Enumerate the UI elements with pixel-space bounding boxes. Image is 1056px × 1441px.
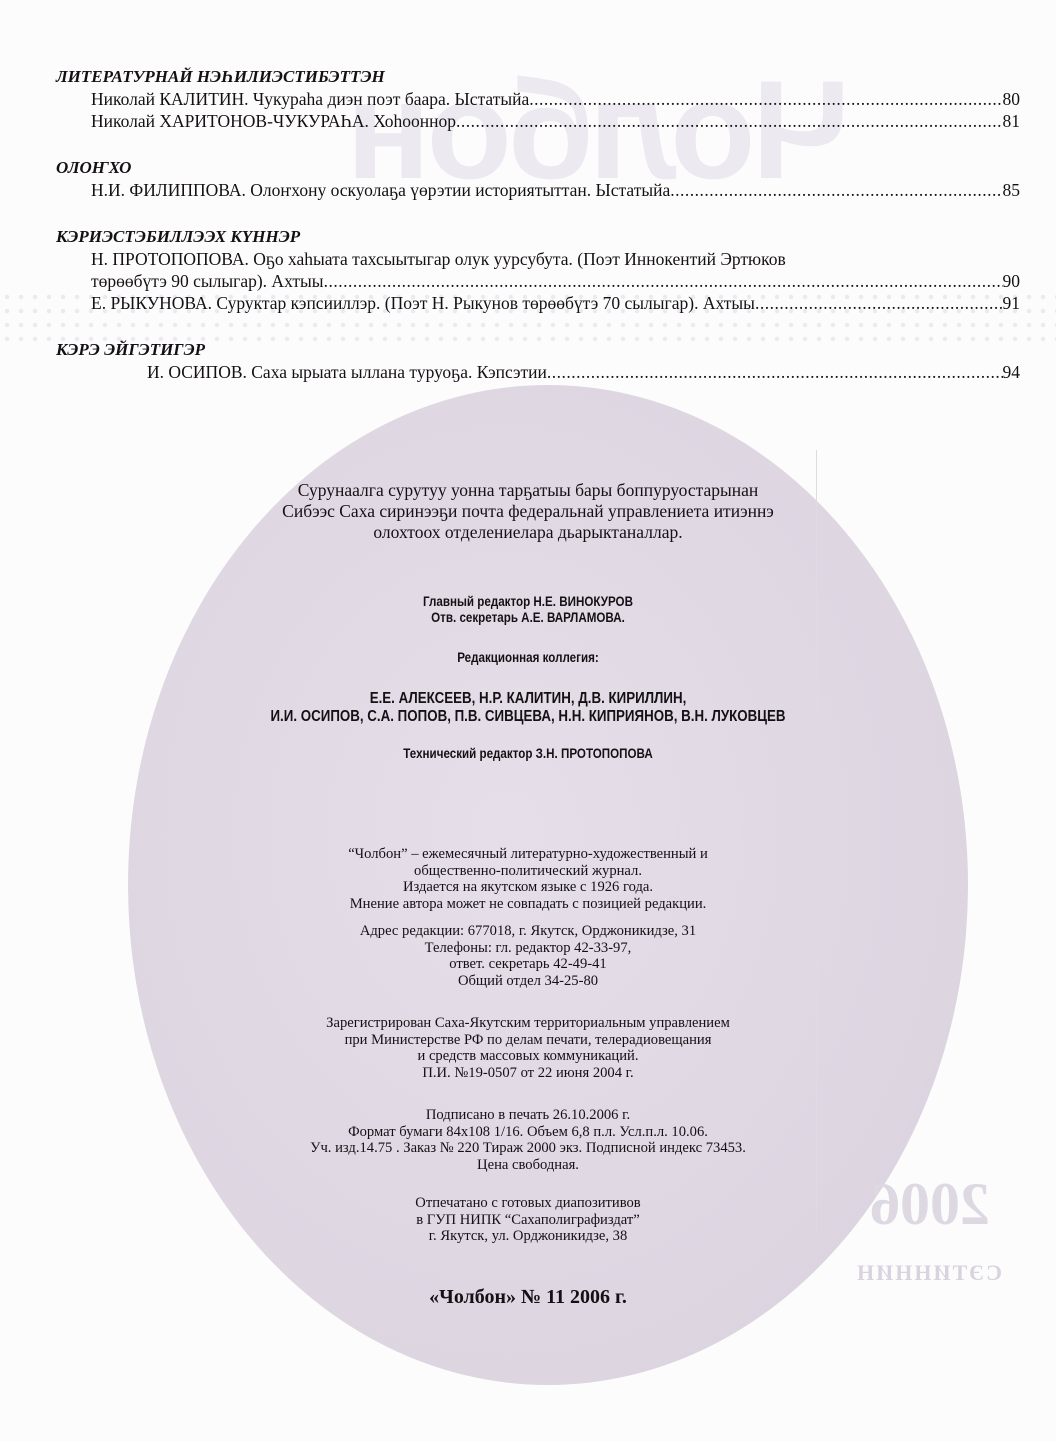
entry-title-line2: төрөөбүтэ 90 сылыгар). Ахтыы <box>91 270 324 292</box>
toc-entry[interactable]: Николай КАЛИТИН. Чукураһа диэн поэт баар… <box>56 88 1020 110</box>
subscription-line: олохтоох отделениелара дьарыктаналлар. <box>128 522 928 543</box>
editorial-board-line: И.И. ОСИПОВ, С.А. ПОПОВ, П.В. СИВЦЕВА, Н… <box>184 708 872 726</box>
subscription-line: Сурунаалга сурутуу уонна тарҕатыы бары б… <box>128 480 928 501</box>
registration-line: и средств массовых коммуникаций. <box>128 1048 928 1065</box>
entry-title: Николай КАЛИТИН. Чукураһа диэн поэт баар… <box>91 88 529 110</box>
toc-entry[interactable]: Н. ПРОТОПОПОВА. Оҕо хаһыата тахсыытыгар … <box>56 248 1020 292</box>
subscription-note: Сурунаалга сурутуу уонна тарҕатыы бары б… <box>128 480 928 543</box>
page-number: 91 <box>1003 292 1021 314</box>
registration-line: Зарегистрирован Саха-Якутским территориа… <box>128 1015 928 1032</box>
toc-section: КЭРЭ ЭЙГЭТИГЭР И. ОСИПОВ. Саха ырыата ыл… <box>56 339 1020 383</box>
leader-dots <box>670 179 1002 201</box>
entry-title: Н.И. ФИЛИППОВА. Олоҥхону оскуолаҕа үөрэт… <box>91 179 670 201</box>
print-info: Подписано в печать 26.10.2006 г. Формат … <box>128 1107 928 1173</box>
leader-dots <box>547 361 1003 383</box>
registration-line: П.И. №19-0507 от 22 июня 2004 г. <box>128 1065 928 1082</box>
about-line: Издается на якутском языке с 1926 года. <box>128 879 928 896</box>
editor-in-chief: Главный редактор Н.Е. ВИНОКУРОВ <box>184 594 872 610</box>
page-number: 85 <box>1003 179 1021 201</box>
editorial-board-line: Е.Е. АЛЕКСЕЕВ, Н.Р. КАЛИТИН, Д.В. КИРИЛЛ… <box>184 690 872 708</box>
page-number: 80 <box>1003 88 1021 110</box>
phone-line: Телефоны: гл. редактор 42-33-97, <box>128 940 928 957</box>
printer-line: Отпечатано с готовых диапозитивов <box>128 1195 928 1212</box>
table-of-contents: ЛИТЕРАТУРНАЙ НЭҺИЛИЭСТИБЭТТЭН Николай КА… <box>56 66 1020 408</box>
issue-label: «Чолбон» № 11 2006 г. <box>128 1286 928 1309</box>
entry-title-line1: Н. ПРОТОПОПОВА. Оҕо хаһыата тахсыытыгар … <box>91 248 1020 270</box>
about-line: Мнение автора может не совпадать с позиц… <box>128 896 928 913</box>
technical-editor: Технический редактор З.Н. ПРОТОПОПОВА <box>184 746 872 762</box>
about-line: “Чолбон” – ежемесячный литературно-худож… <box>128 846 928 863</box>
section-title: КЭРИЭСТЭБИЛЛЭЭХ КҮННЭР <box>56 226 1020 248</box>
phone-line: ответ. секретарь 42-49-41 <box>128 956 928 973</box>
print-info-line: Подписано в печать 26.10.2006 г. <box>128 1107 928 1124</box>
address-line: Адрес редакции: 677018, г. Якутск, Орджо… <box>128 923 928 940</box>
entry-title: Е. РЫКУНОВА. Суруктар кэпсииллэр. (Поэт … <box>91 292 755 314</box>
publication-info: “Чолбон” – ежемесячный литературно-худож… <box>128 846 928 1256</box>
entry-title: Николай ХАРИТОНОВ-ЧУКУРАҺА. Хоһооннор <box>91 110 456 132</box>
editorial-board-title: Редакционная коллегия: <box>184 650 872 666</box>
leader-dots <box>755 292 1003 314</box>
show-through-word: СЭТИННИН <box>855 1260 1002 1286</box>
printer-line: г. Якутск, ул. Орджоникидзе, 38 <box>128 1228 928 1245</box>
section-title: КЭРЭ ЭЙГЭТИГЭР <box>56 339 1020 361</box>
editorial-staff: Главный редактор Н.Е. ВИНОКУРОВ Отв. сек… <box>184 594 872 762</box>
toc-entry[interactable]: Николай ХАРИТОНОВ-ЧУКУРАҺА. Хоһооннор 81 <box>56 110 1020 132</box>
about-line: общественно-политический журнал. <box>128 863 928 880</box>
registration-line: при Министерстве РФ по делам печати, тел… <box>128 1032 928 1049</box>
printer-line: в ГУП НИПК “Сахаполиграфиздат” <box>128 1212 928 1229</box>
registration: Зарегистрирован Саха-Якутским территориа… <box>128 1015 928 1081</box>
executive-secretary: Отв. секретарь А.Е. ВАРЛАМОВА. <box>184 610 872 626</box>
leader-dots <box>324 270 1003 292</box>
about-journal: “Чолбон” – ежемесячный литературно-худож… <box>128 846 928 912</box>
toc-entry[interactable]: Е. РЫКУНОВА. Суруктар кэпсииллэр. (Поэт … <box>56 292 1020 314</box>
print-info-line: Цена свободная. <box>128 1157 928 1174</box>
toc-section: ОЛОҤХО Н.И. ФИЛИППОВА. Олоҥхону оскуолаҕ… <box>56 157 1020 201</box>
toc-section: КЭРИЭСТЭБИЛЛЭЭХ КҮННЭР Н. ПРОТОПОПОВА. О… <box>56 226 1020 314</box>
section-title: ЛИТЕРАТУРНАЙ НЭҺИЛИЭСТИБЭТТЭН <box>56 66 1020 88</box>
entry-title: И. ОСИПОВ. Саха ырыата ыллана туруоҕа. К… <box>147 361 547 383</box>
leader-dots <box>529 88 1002 110</box>
leader-dots <box>456 110 1002 132</box>
toc-section: ЛИТЕРАТУРНАЙ НЭҺИЛИЭСТИБЭТТЭН Николай КА… <box>56 66 1020 132</box>
print-info-line: Уч. изд.14.75 . Заказ № 220 Тираж 2000 э… <box>128 1140 928 1157</box>
page-number: 90 <box>1003 270 1021 292</box>
page-number: 94 <box>1003 361 1021 383</box>
page-number: 81 <box>1003 110 1021 132</box>
phone-line: Общий отдел 34-25-80 <box>128 973 928 990</box>
print-info-line: Формат бумаги 84х108 1/16. Объем 6,8 п.л… <box>128 1124 928 1141</box>
toc-entry[interactable]: Н.И. ФИЛИППОВА. Олоҥхону оскуолаҕа үөрэт… <box>56 179 1020 201</box>
toc-entry[interactable]: И. ОСИПОВ. Саха ырыата ыллана туруоҕа. К… <box>56 361 1020 383</box>
section-title: ОЛОҤХО <box>56 157 1020 179</box>
printer-info: Отпечатано с готовых диапозитивов в ГУП … <box>128 1195 928 1245</box>
contacts: Адрес редакции: 677018, г. Якутск, Орджо… <box>128 923 928 989</box>
subscription-line: Сибээс Саха сиринээҕи почта федеральнай … <box>128 501 928 522</box>
